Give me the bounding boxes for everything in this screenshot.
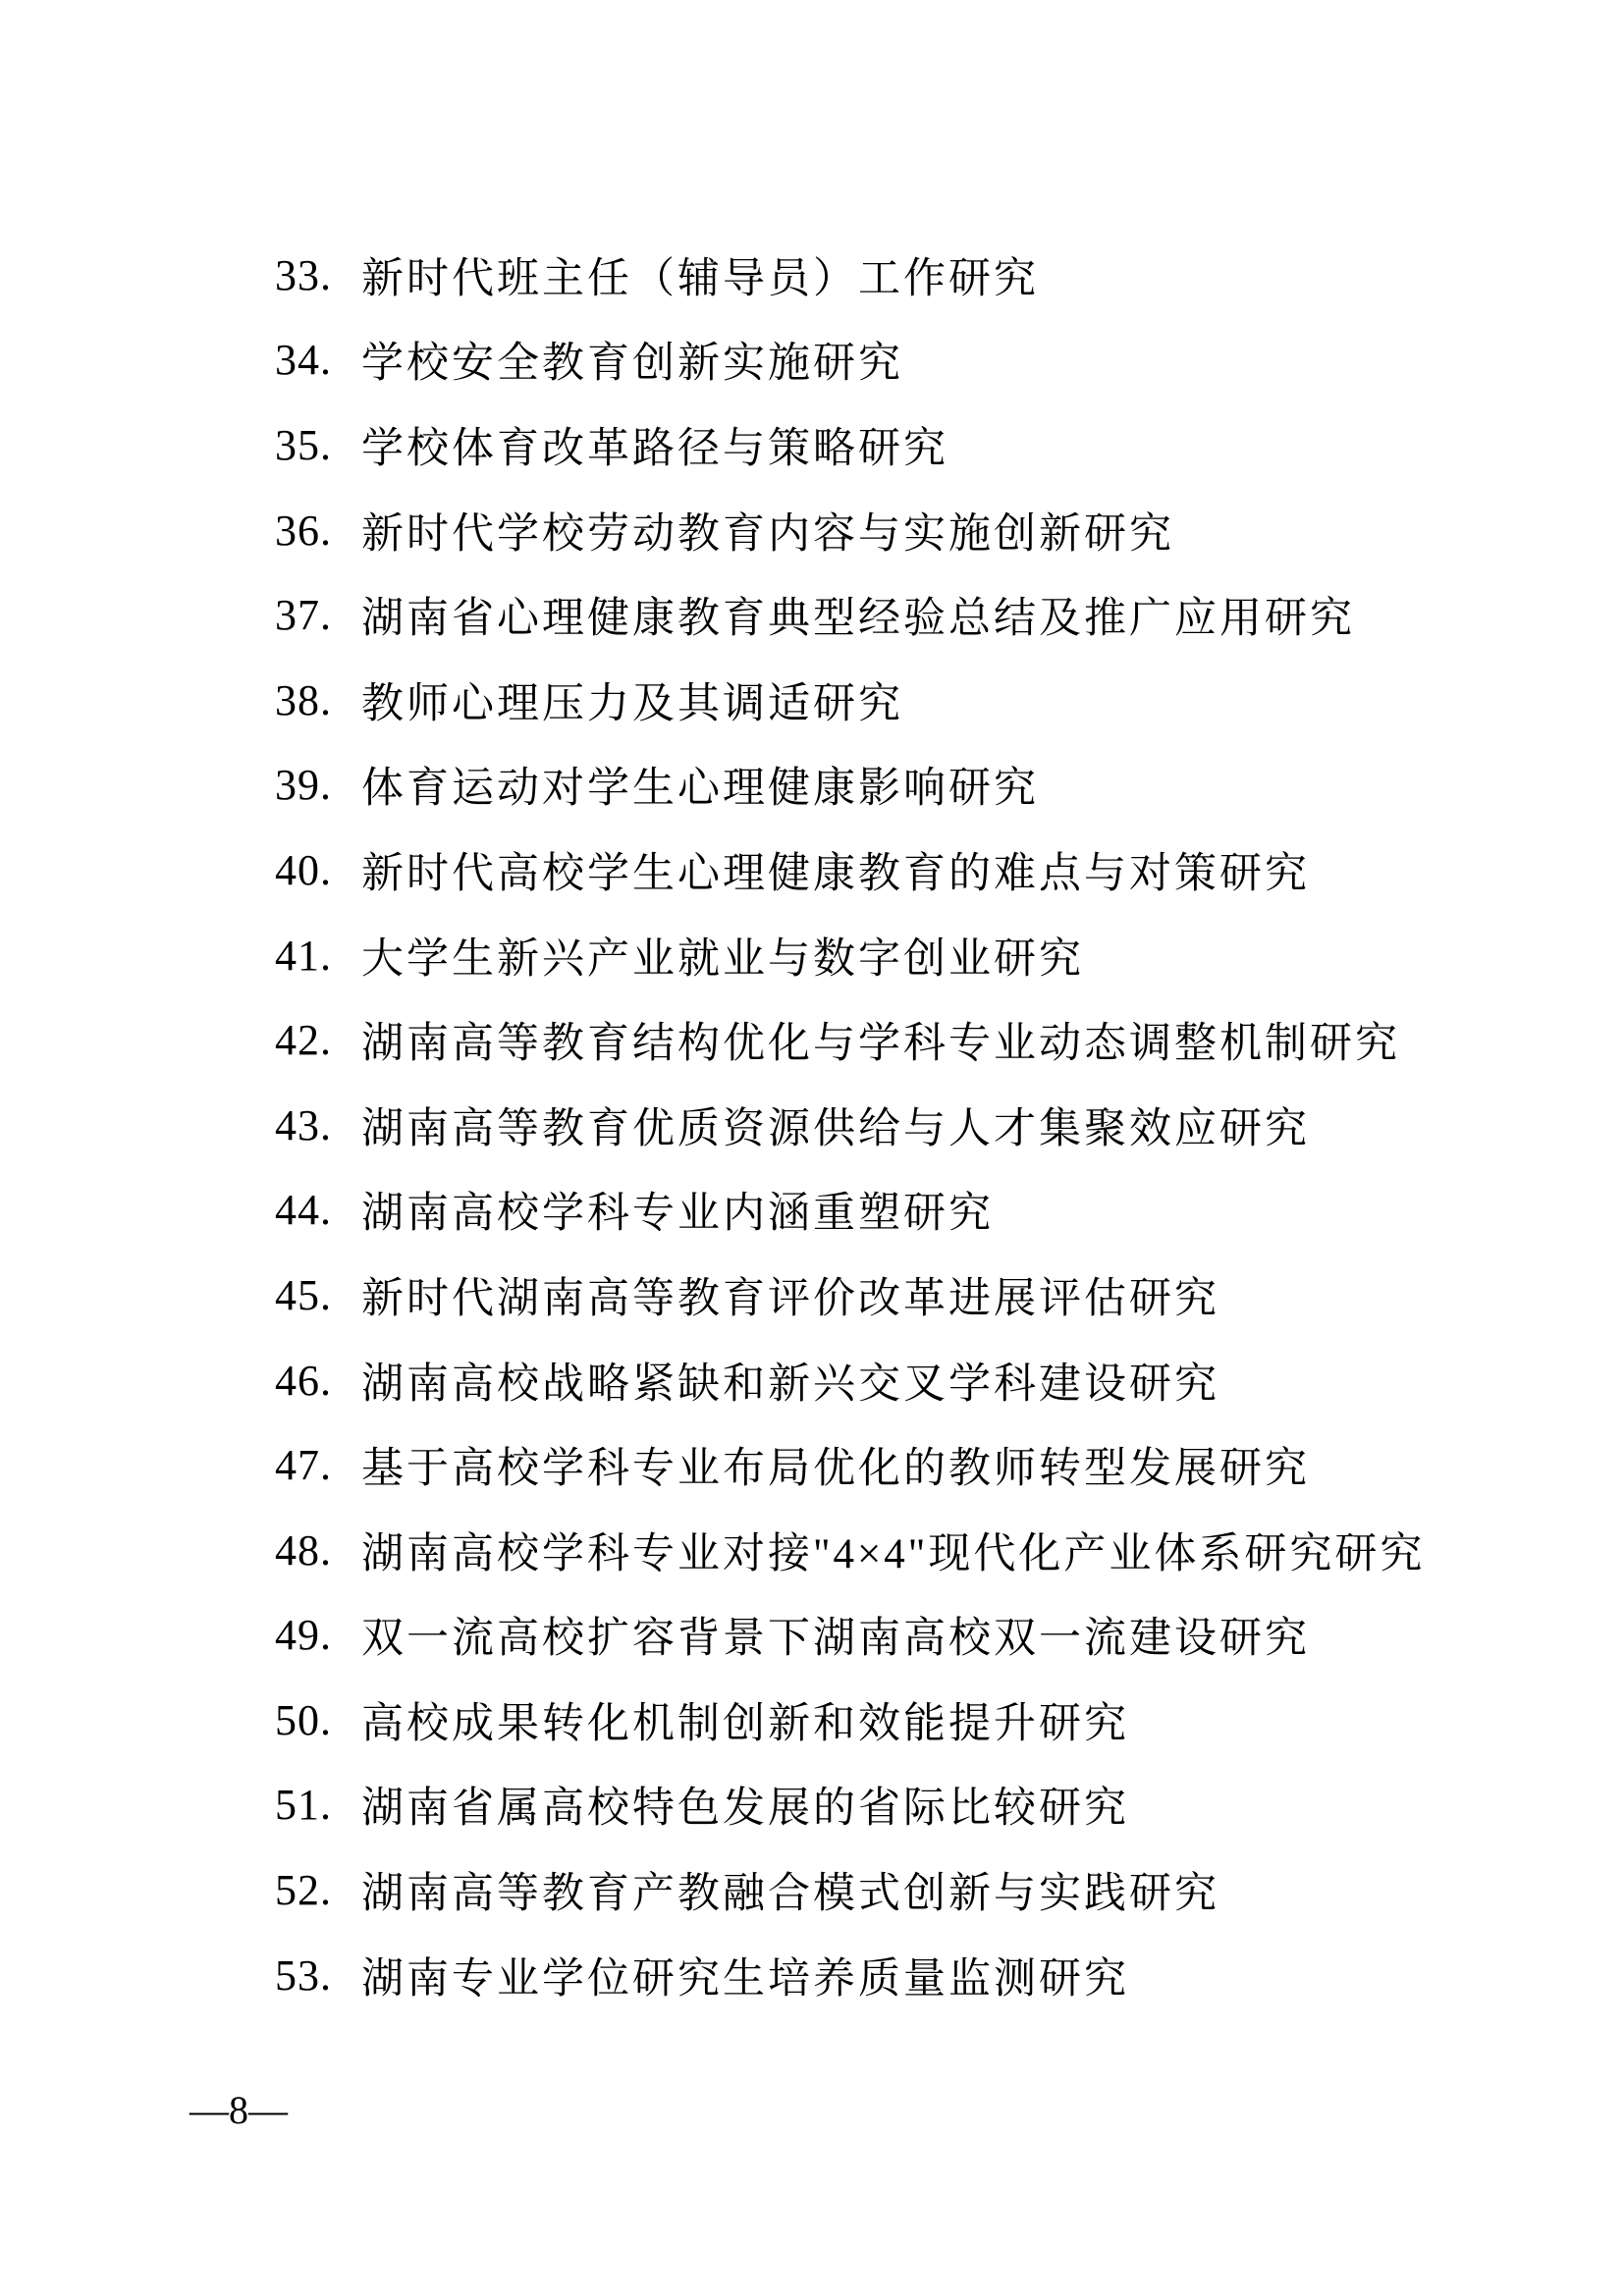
list-item: 47. 基于高校学科专业布局优化的教师转型发展研究 (275, 1422, 1483, 1508)
list-item: 51. 湖南省属高校特色发展的省际比较研究 (275, 1763, 1483, 1848)
item-text: 湖南高校学科专业内涵重塑研究 (361, 1180, 994, 1240)
list-item: 48. 湖南高校学科专业对接"4×4"现代化产业体系研究研究 (275, 1508, 1483, 1593)
item-text: 双一流高校扩容背景下湖南高校双一流建设研究 (361, 1605, 1310, 1665)
item-text: 湖南专业学位研究生培养质量监测研究 (361, 1946, 1129, 2005)
page-number: —8— (189, 2087, 288, 2133)
list-item: 40. 新时代高校学生心理健康教育的难点与对策研究 (275, 828, 1483, 913)
item-text: 湖南省属高校特色发展的省际比较研究 (361, 1775, 1129, 1835)
list-item: 46. 湖南高校战略紧缺和新兴交叉学科建设研究 (275, 1338, 1483, 1423)
item-number: 47. (275, 1440, 361, 1490)
item-text: 新时代班主任（辅导员）工作研究 (361, 245, 1039, 305)
item-text: 学校体育改革路径与策略研究 (361, 415, 948, 475)
item-text: 新时代学校劳动教育内容与实施创新研究 (361, 501, 1174, 561)
item-number: 43. (275, 1100, 361, 1150)
item-text: 湖南高校战略紧缺和新兴交叉学科建设研究 (361, 1351, 1219, 1411)
item-number: 35. (275, 420, 361, 470)
item-number: 51. (275, 1780, 361, 1830)
item-text: 大学生新兴产业就业与数字创业研究 (361, 926, 1084, 986)
list-item: 34. 学校安全教育创新实施研究 (275, 318, 1483, 403)
item-number: 48. (275, 1525, 361, 1575)
item-number: 33. (275, 250, 361, 300)
item-number: 52. (275, 1865, 361, 1915)
list-item: 39. 体育运动对学生心理健康影响研究 (275, 743, 1483, 828)
item-text: 新时代高校学生心理健康教育的难点与对策研究 (361, 840, 1310, 900)
item-text: 湖南高等教育产教融合模式创新与实践研究 (361, 1860, 1219, 1920)
topic-list: 33. 新时代班主任（辅导员）工作研究 34. 学校安全教育创新实施研究 35.… (275, 233, 1483, 2017)
list-item: 53. 湖南专业学位研究生培养质量监测研究 (275, 1933, 1483, 2018)
item-number: 36. (275, 506, 361, 556)
item-text: 湖南高等教育优质资源供给与人才集聚效应研究 (361, 1095, 1310, 1155)
item-number: 50. (275, 1695, 361, 1745)
item-number: 41. (275, 931, 361, 981)
list-item: 41. 大学生新兴产业就业与数字创业研究 (275, 913, 1483, 998)
list-item: 50. 高校成果转化机制创新和效能提升研究 (275, 1678, 1483, 1763)
list-item: 45. 新时代湖南高等教育评价改革进展评估研究 (275, 1253, 1483, 1338)
item-number: 49. (275, 1610, 361, 1660)
item-number: 53. (275, 1950, 361, 2001)
item-text: 湖南高等教育结构优化与学科专业动态调整机制研究 (361, 1010, 1400, 1070)
item-number: 37. (275, 590, 361, 640)
item-number: 34. (275, 335, 361, 385)
list-item: 37. 湖南省心理健康教育典型经验总结及推广应用研究 (275, 572, 1483, 658)
list-item: 52. 湖南高等教育产教融合模式创新与实践研究 (275, 1847, 1483, 1933)
list-item: 49. 双一流高校扩容背景下湖南高校双一流建设研究 (275, 1593, 1483, 1679)
item-text: 体育运动对学生心理健康影响研究 (361, 755, 1039, 815)
list-item: 38. 教师心理压力及其调适研究 (275, 658, 1483, 743)
list-item: 43. 湖南高等教育优质资源供给与人才集聚效应研究 (275, 1083, 1483, 1168)
item-text: 湖南省心理健康教育典型经验总结及推广应用研究 (361, 585, 1355, 645)
list-item: 33. 新时代班主任（辅导员）工作研究 (275, 233, 1483, 318)
item-text: 教师心理压力及其调适研究 (361, 670, 903, 730)
list-item: 44. 湖南高校学科专业内涵重塑研究 (275, 1168, 1483, 1254)
item-number: 42. (275, 1015, 361, 1065)
item-number: 46. (275, 1356, 361, 1406)
list-item: 35. 学校体育改革路径与策略研究 (275, 402, 1483, 488)
list-item: 36. 新时代学校劳动教育内容与实施创新研究 (275, 488, 1483, 573)
document-page: 33. 新时代班主任（辅导员）工作研究 34. 学校安全教育创新实施研究 35.… (0, 0, 1624, 2296)
item-number: 40. (275, 845, 361, 895)
item-number: 38. (275, 675, 361, 725)
list-item: 42. 湖南高等教育结构优化与学科专业动态调整机制研究 (275, 997, 1483, 1083)
item-text: 高校成果转化机制创新和效能提升研究 (361, 1690, 1129, 1750)
item-number: 39. (275, 760, 361, 810)
item-text: 学校安全教育创新实施研究 (361, 330, 903, 390)
item-text: 新时代湖南高等教育评价改革进展评估研究 (361, 1265, 1219, 1325)
item-text: 基于高校学科专业布局优化的教师转型发展研究 (361, 1435, 1310, 1495)
item-number: 45. (275, 1270, 361, 1320)
item-number: 44. (275, 1185, 361, 1235)
item-text: 湖南高校学科专业对接"4×4"现代化产业体系研究研究 (361, 1521, 1425, 1580)
